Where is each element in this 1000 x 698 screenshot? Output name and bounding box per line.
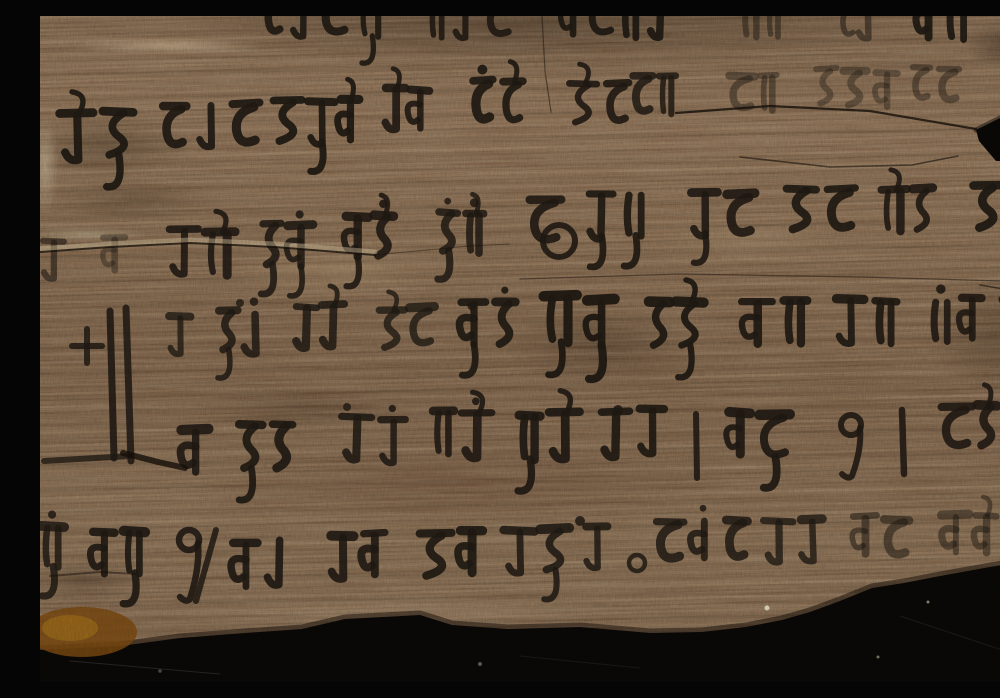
paper-grain <box>40 16 1000 682</box>
manuscript-art <box>40 16 1000 682</box>
manuscript-photo: Photograph of a fragment of an ancient b… <box>40 16 1000 682</box>
